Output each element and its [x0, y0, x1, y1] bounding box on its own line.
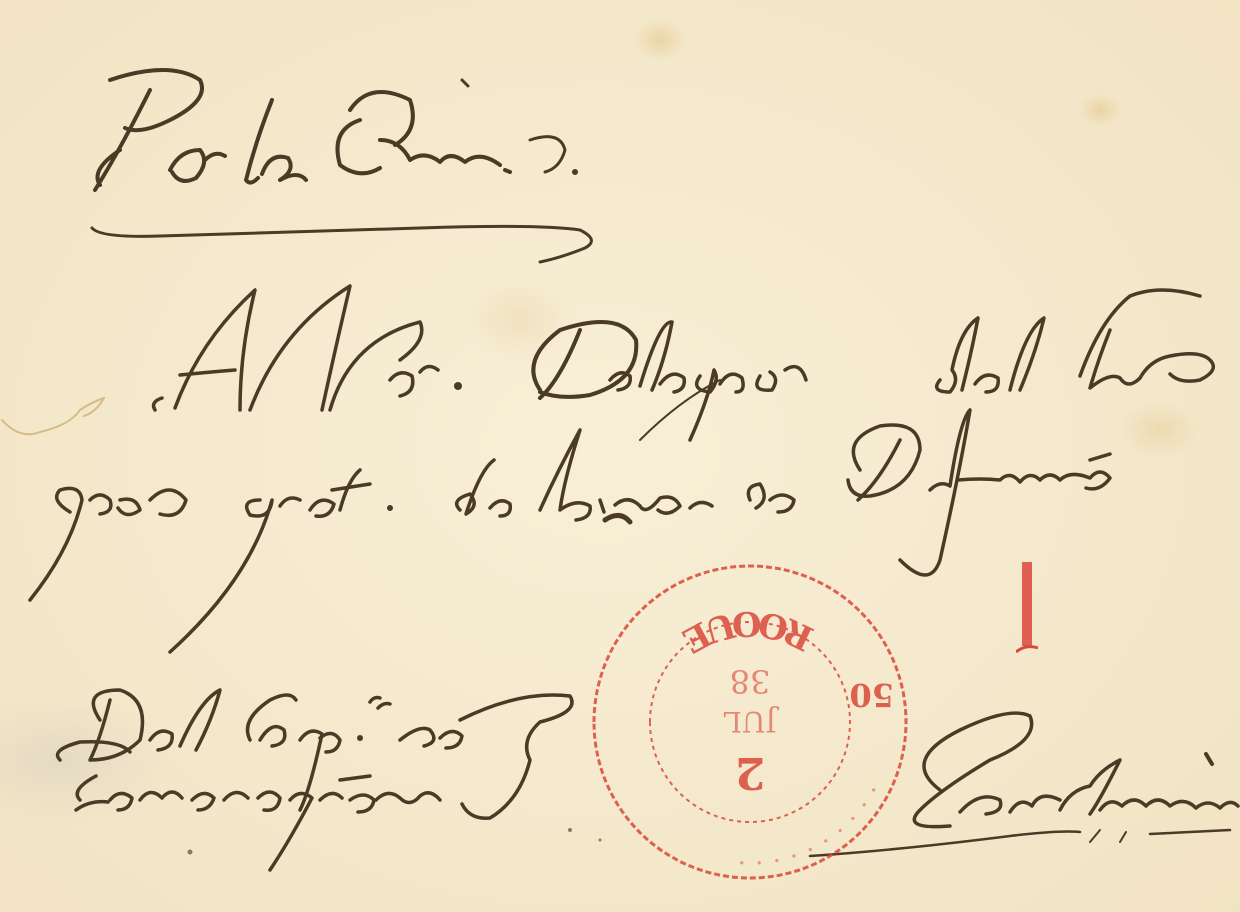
svg-text:JUL: JUL — [723, 705, 779, 738]
ink-specks — [188, 828, 602, 855]
svg-text:ROOUE: ROOUE — [676, 603, 820, 661]
sender-line-2-handwriting — [76, 776, 440, 870]
svg-text:50: 50 — [849, 676, 894, 714]
postmark-stamp: ROOUE · · · · · · · · · · 2 JUL 38 50 — [588, 560, 912, 884]
header-handwriting — [95, 70, 578, 190]
svg-text:38: 38 — [730, 662, 771, 700]
red-rate-mark — [1016, 558, 1038, 654]
sender-line-1-handwriting — [58, 690, 573, 818]
svg-text:2: 2 — [735, 747, 766, 798]
document-page: Por la Emma. Al Sor. Delegado del Juz ga… — [0, 0, 1240, 912]
address-line-1-handwriting — [154, 286, 1214, 440]
water-stain — [2, 398, 104, 434]
header-underline — [92, 226, 591, 262]
address-line-2-handwriting — [30, 380, 1110, 652]
